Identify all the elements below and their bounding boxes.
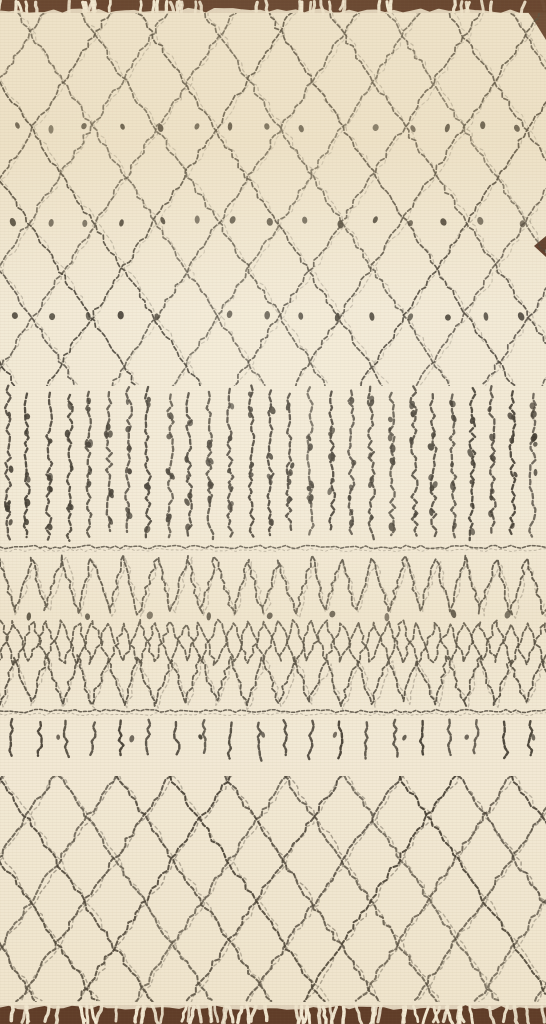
rug-product-photo bbox=[0, 0, 546, 1024]
bottom-fringe bbox=[0, 1002, 546, 1024]
rug-pattern bbox=[0, 0, 546, 1024]
rug-photo bbox=[0, 0, 546, 1024]
